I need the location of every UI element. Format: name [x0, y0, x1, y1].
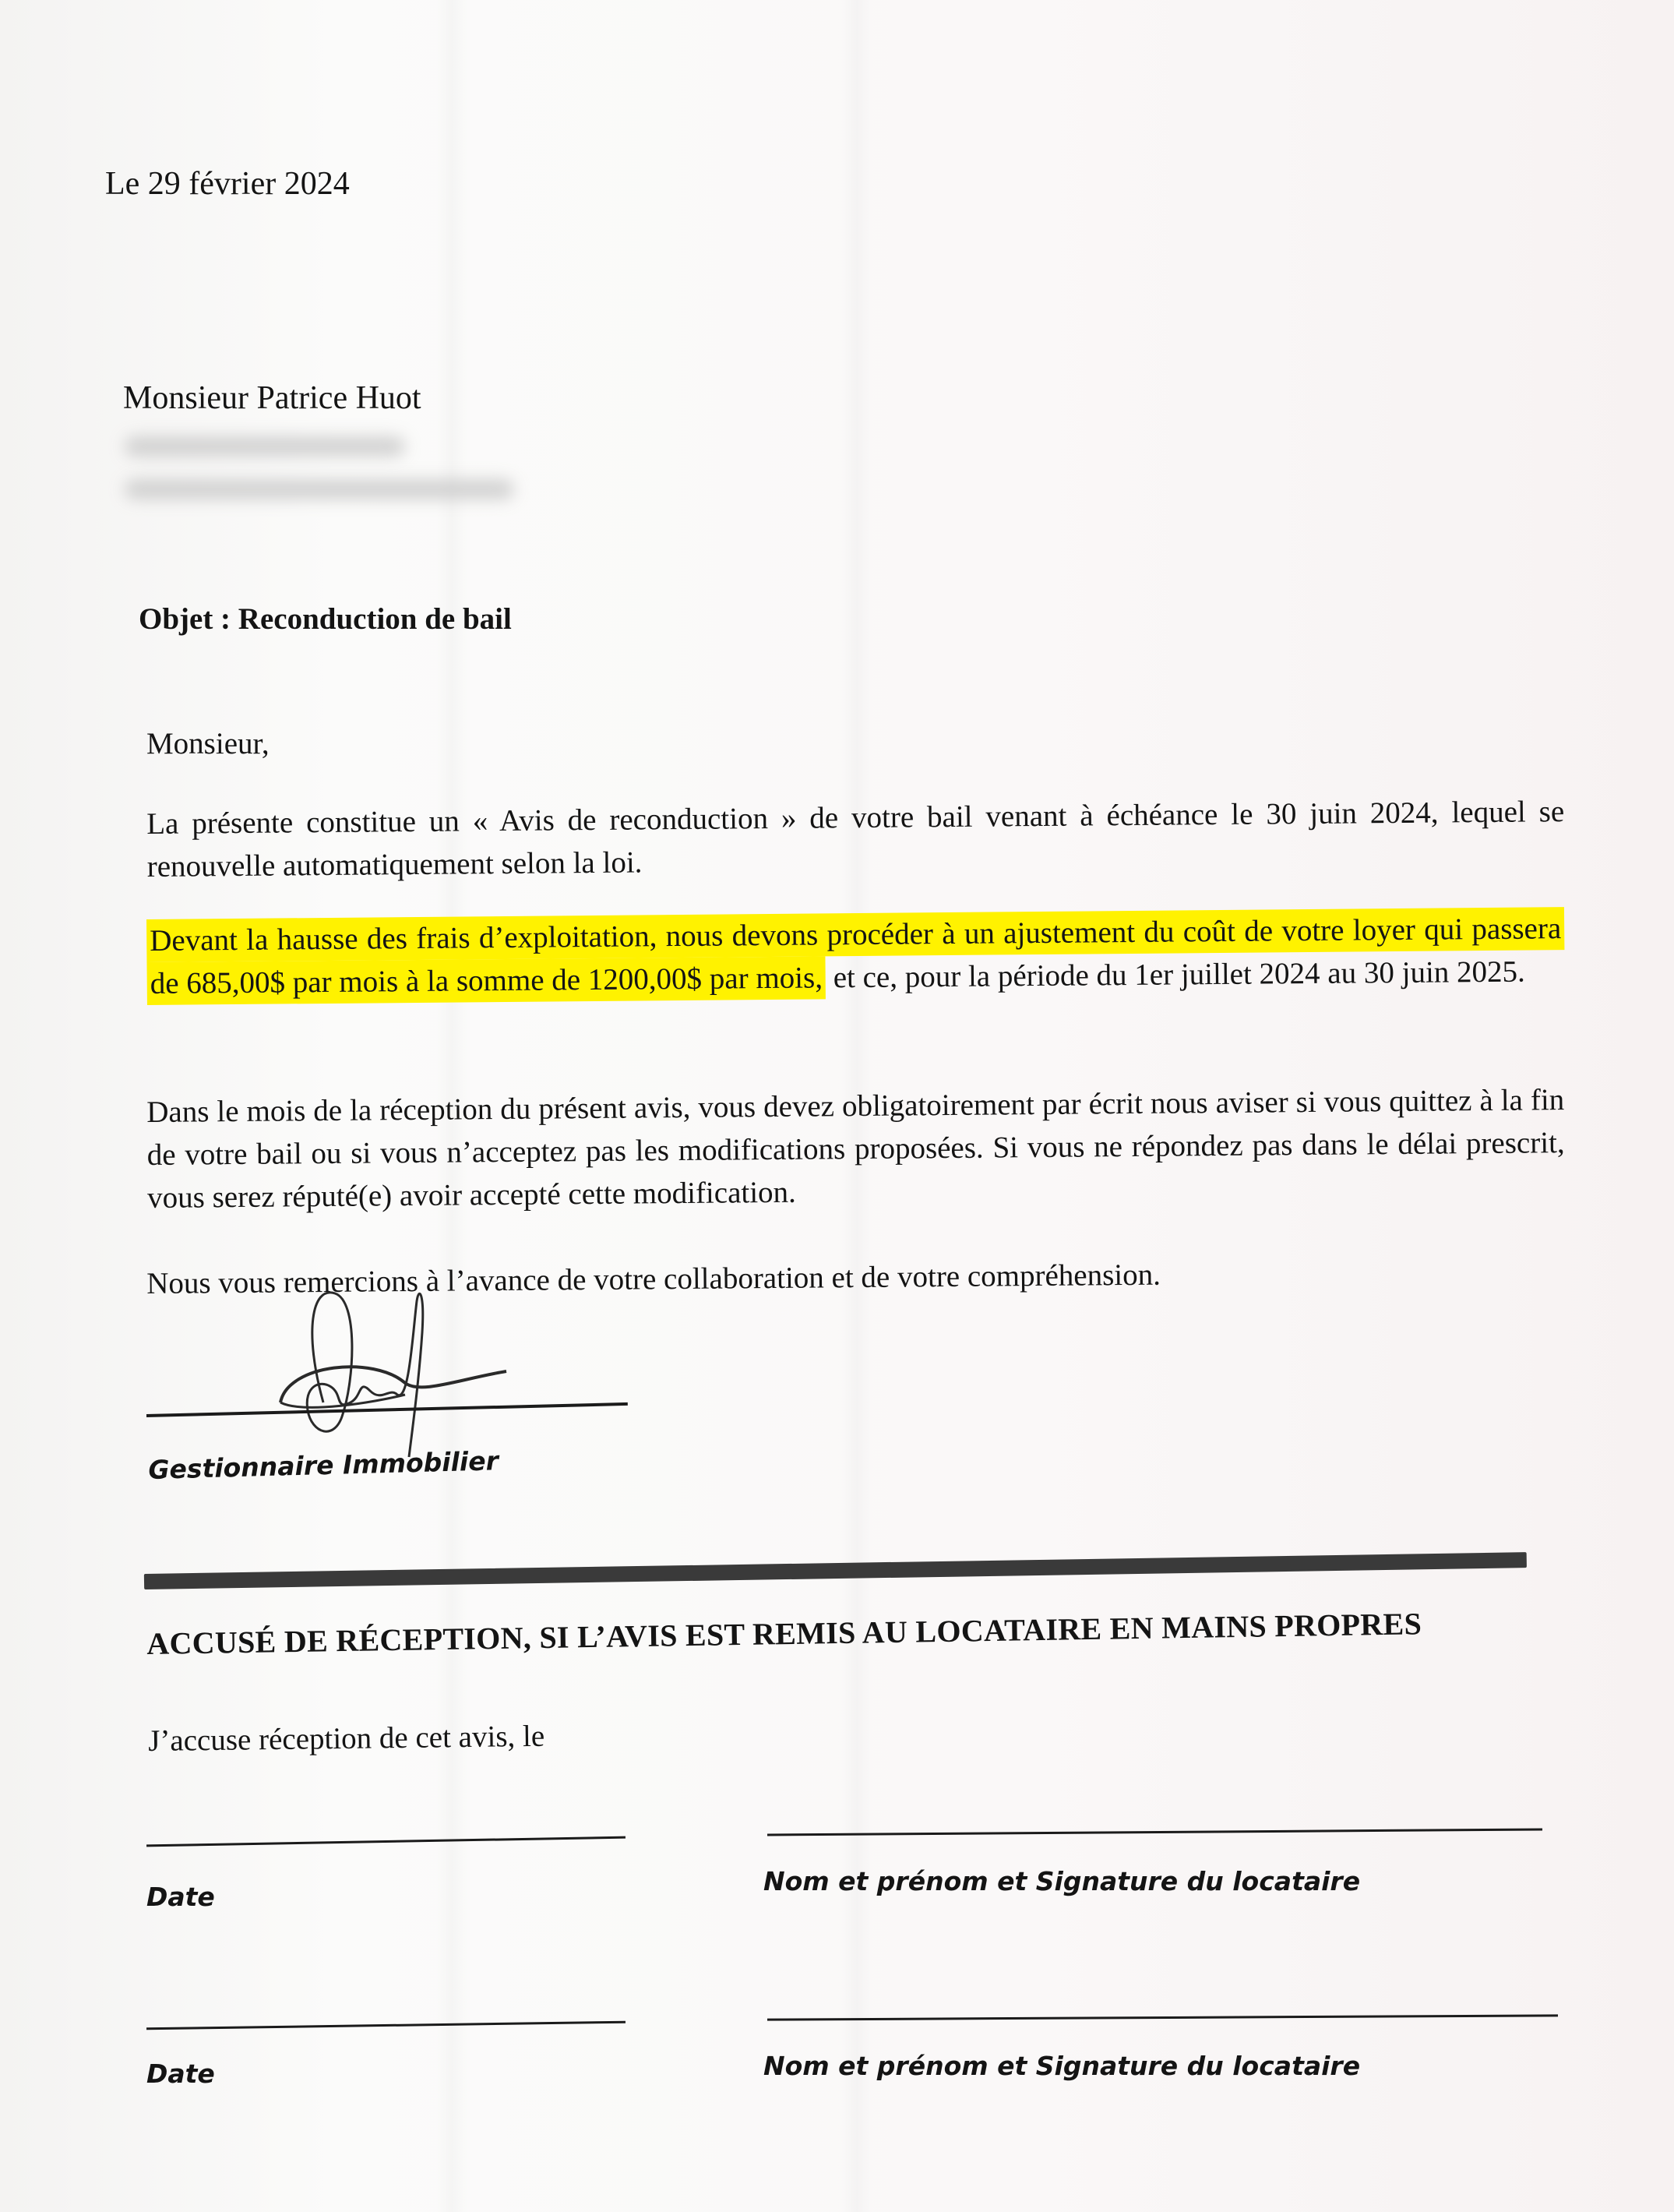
tenant-signature-field-2[interactable] [767, 2014, 1558, 2020]
paragraph-notice: La présente constitue un « Avis de recon… [146, 790, 1565, 888]
acknowledgement-title: ACCUSÉ DE RÉCEPTION, SI L’AVIS EST REMIS… [146, 1608, 1422, 1660]
letter-page: Le 29 février 2024 Monsieur Patrice Huot… [0, 0, 1674, 2212]
handwritten-signature [257, 1286, 569, 1473]
acknowledgement-statement: J’accuse réception de cet avis, le [148, 1721, 544, 1756]
rent-period-text: et ce, pour la période du 1er juillet 20… [826, 955, 1525, 995]
recipient-name: Monsieur Patrice Huot [123, 382, 421, 415]
date-field-2[interactable] [146, 2021, 626, 2030]
redacted-address-line-2 [125, 479, 514, 499]
date-label-2: Date [146, 2061, 215, 2087]
paragraph-rent-increase: Devant la hausse des frais d’exploitatio… [146, 907, 1565, 1005]
signature-label-1: Nom et prénom et Signature du locataire [763, 1868, 1360, 1894]
salutation: Monsieur, [146, 729, 270, 759]
letter-subject: Objet : Reconduction de bail [139, 604, 512, 634]
tenant-signature-field-1[interactable] [767, 1829, 1542, 1836]
signature-label-2: Nom et prénom et Signature du locataire [763, 2053, 1360, 2079]
section-divider [144, 1552, 1527, 1589]
date-label-1: Date [146, 1884, 215, 1910]
letter-date: Le 29 février 2024 [105, 168, 350, 200]
paragraph-response-instructions: Dans le mois de la réception du présent … [146, 1078, 1565, 1219]
date-field-1[interactable] [146, 1836, 626, 1847]
redacted-address-line-1 [125, 436, 405, 457]
